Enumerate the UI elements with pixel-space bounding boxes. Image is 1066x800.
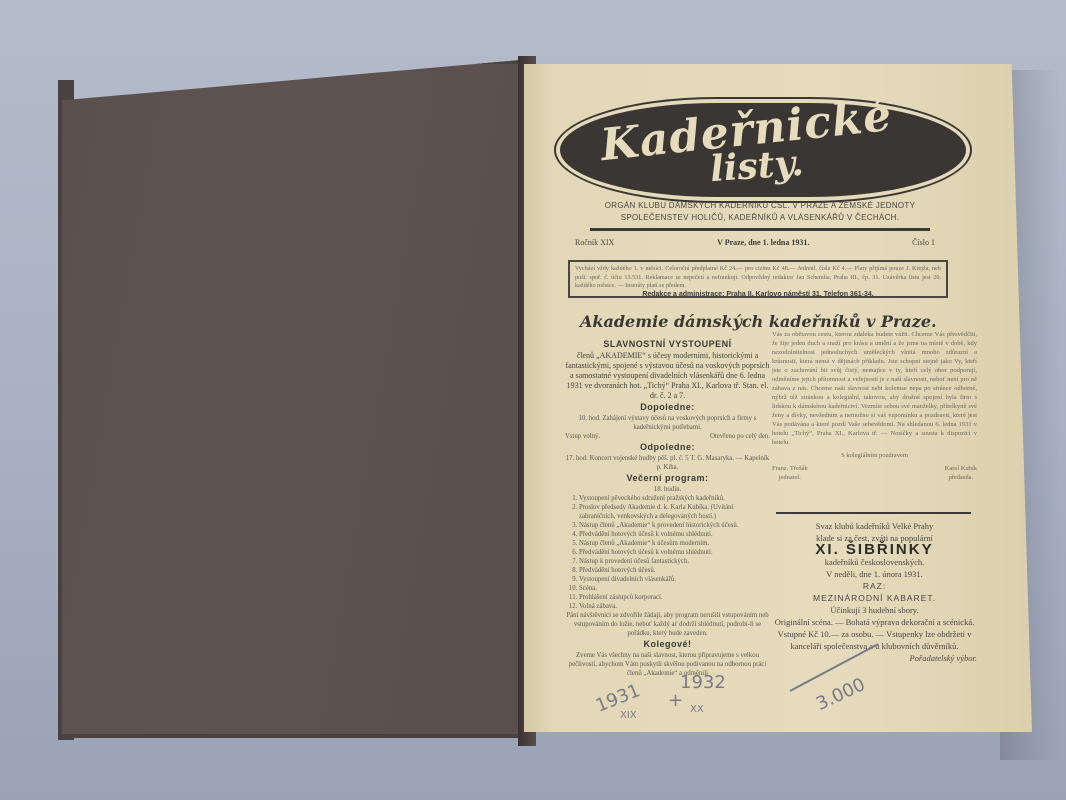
morning-title: Dopoledne:: [565, 403, 770, 412]
afternoon-title: Odpoledne:: [565, 443, 770, 452]
masthead-subtitle: ORGÁN KLUBU DÁMSKÝCH KADEŘNÍKŮ ČSL. V PR…: [575, 200, 945, 224]
evening-time: 18. hodin.: [565, 485, 770, 494]
signer-left-name: Franz. Třešák: [772, 464, 808, 473]
program-item: Prohlášení zástupců korporací.: [579, 593, 770, 602]
colleagues-title: Kolegové!: [565, 640, 770, 649]
program-item: Scéna.: [579, 584, 770, 593]
intro-text: členů „AKADEMIE“ s účesy moderními, hist…: [565, 351, 770, 401]
pencil-year-1932: 1932: [680, 672, 726, 693]
program-list: Vystoupení pěveckého sdružení pražských …: [565, 494, 770, 611]
advertisement: Svaz klubů kadeřníků Velké Prahy klade s…: [772, 520, 977, 664]
article-headline: Akademie dámských kadeřníků v Praze.: [580, 312, 960, 331]
ad-line6: Vstupné Kč 10.— za osobu. — Vstupenky lz…: [772, 628, 977, 652]
program-item: Nástup k provedení účesů fantastických.: [579, 557, 770, 566]
ad-line5: Originální scéna. — Bohatá výprava dekor…: [772, 616, 977, 628]
program-item: Předvádění hotových účesů k volnému shlé…: [579, 530, 770, 539]
pencil-plus: +: [668, 690, 683, 711]
pencil-volume-xix: XIX: [620, 710, 637, 721]
section-title: SLAVNOSTNÍ VYSTOUPENÍ: [565, 340, 770, 349]
program-item: Předvádění hotových účesů k volnému shlé…: [579, 548, 770, 557]
ad-line4: Účinkují 3 hudební sbory.: [772, 604, 977, 616]
ad-line1: Svaz klubů kadeřníků Velké Prahy: [772, 520, 977, 532]
afternoon-text: 17. hod. Koncert vojenské hudby pěš. pl.…: [565, 454, 770, 472]
subtitle-line-2: SPOLEČENSTEV HOLIČŮ, KADEŘNÍKŮ A VLÁSENK…: [575, 212, 945, 224]
open-all-day: Otevřeno po celý den.: [710, 432, 770, 441]
ad-line3: kadeřníků československých.: [772, 556, 977, 568]
issue-row: Ročník XIX V Praze, dne 1. ledna 1931. Č…: [575, 238, 935, 247]
masthead-title-line2: listy.: [709, 142, 805, 190]
right-column: Vás za obětavou cestu, kterou zdaleka bu…: [772, 330, 977, 482]
program-item: Volná zábava.: [579, 602, 770, 611]
signer-right-role: předseda.: [945, 473, 977, 482]
colleagues-text: Zveme Vás všechny na naši slavnost, kter…: [565, 651, 770, 678]
signer-left-role: jednatel.: [772, 473, 808, 482]
closing-text: Páni návštěvníci se zdvořile žádají, aby…: [565, 611, 770, 638]
column-rule: [776, 512, 971, 514]
program-item: Nástup členů „Akademie“ k provedení hist…: [579, 521, 770, 530]
ad-signature: Pořadatelský výbor.: [772, 652, 977, 664]
book-inside-cover: [58, 60, 530, 738]
ad-cabaret: MEZINÁRODNÍ KABARET.: [772, 592, 977, 604]
ad-date: V neděli, dne 1. února 1931.: [772, 568, 977, 580]
program-item: Předvádění hotových účesů.: [579, 566, 770, 575]
volume-number: Ročník XIX: [575, 238, 614, 247]
issue-number: Číslo 1: [912, 238, 935, 247]
signer-right-name: Karel Kubík: [945, 464, 977, 473]
notice-text: Vychází vždy každého 1. v měsíci. Celoro…: [575, 265, 941, 289]
greeting: S kolegiálním pozdravem: [772, 451, 977, 460]
pencil-volume-xx: XX: [690, 704, 704, 715]
subtitle-line-1: ORGÁN KLUBU DÁMSKÝCH KADEŘNÍKŮ ČSL. V PR…: [575, 200, 945, 212]
ad-raz: RAZ:: [772, 580, 977, 592]
dateline: V Praze, dne 1. ledna 1931.: [717, 238, 809, 247]
program-item: Nástup členů „Akademie“ k účesům moderní…: [579, 539, 770, 548]
left-column: SLAVNOSTNÍ VYSTOUPENÍ členů „AKADEMIE“ s…: [565, 338, 770, 678]
right-column-text: Vás za obětavou cestu, kterou zdaleka bu…: [772, 330, 977, 447]
entry-free: Vstup volný.: [565, 432, 600, 441]
masthead: Kadeřnické listy.: [560, 95, 960, 195]
subscription-notice: Vychází vždy každého 1. v měsíci. Celoro…: [568, 260, 948, 298]
masthead-rule: [590, 228, 930, 231]
program-item: Vystoupení divadelních vlásenkářů.: [579, 575, 770, 584]
program-item: Vystoupení pěveckého sdružení pražských …: [579, 494, 770, 503]
notice-address: Redakce a administrace: Praha II, Karlov…: [575, 291, 941, 300]
program-item: Proslov předsedy Akademie d. k. Karla Ku…: [579, 503, 770, 521]
signatures: Franz. Třešák jednatel. Karel Kubík před…: [772, 464, 977, 482]
ad-title: XI. ŠIBŘINKY: [772, 544, 977, 556]
evening-title: Večerní program:: [565, 474, 770, 483]
morning-text: 10. hod. Zahájení výstavy účesů na vosko…: [565, 414, 770, 432]
